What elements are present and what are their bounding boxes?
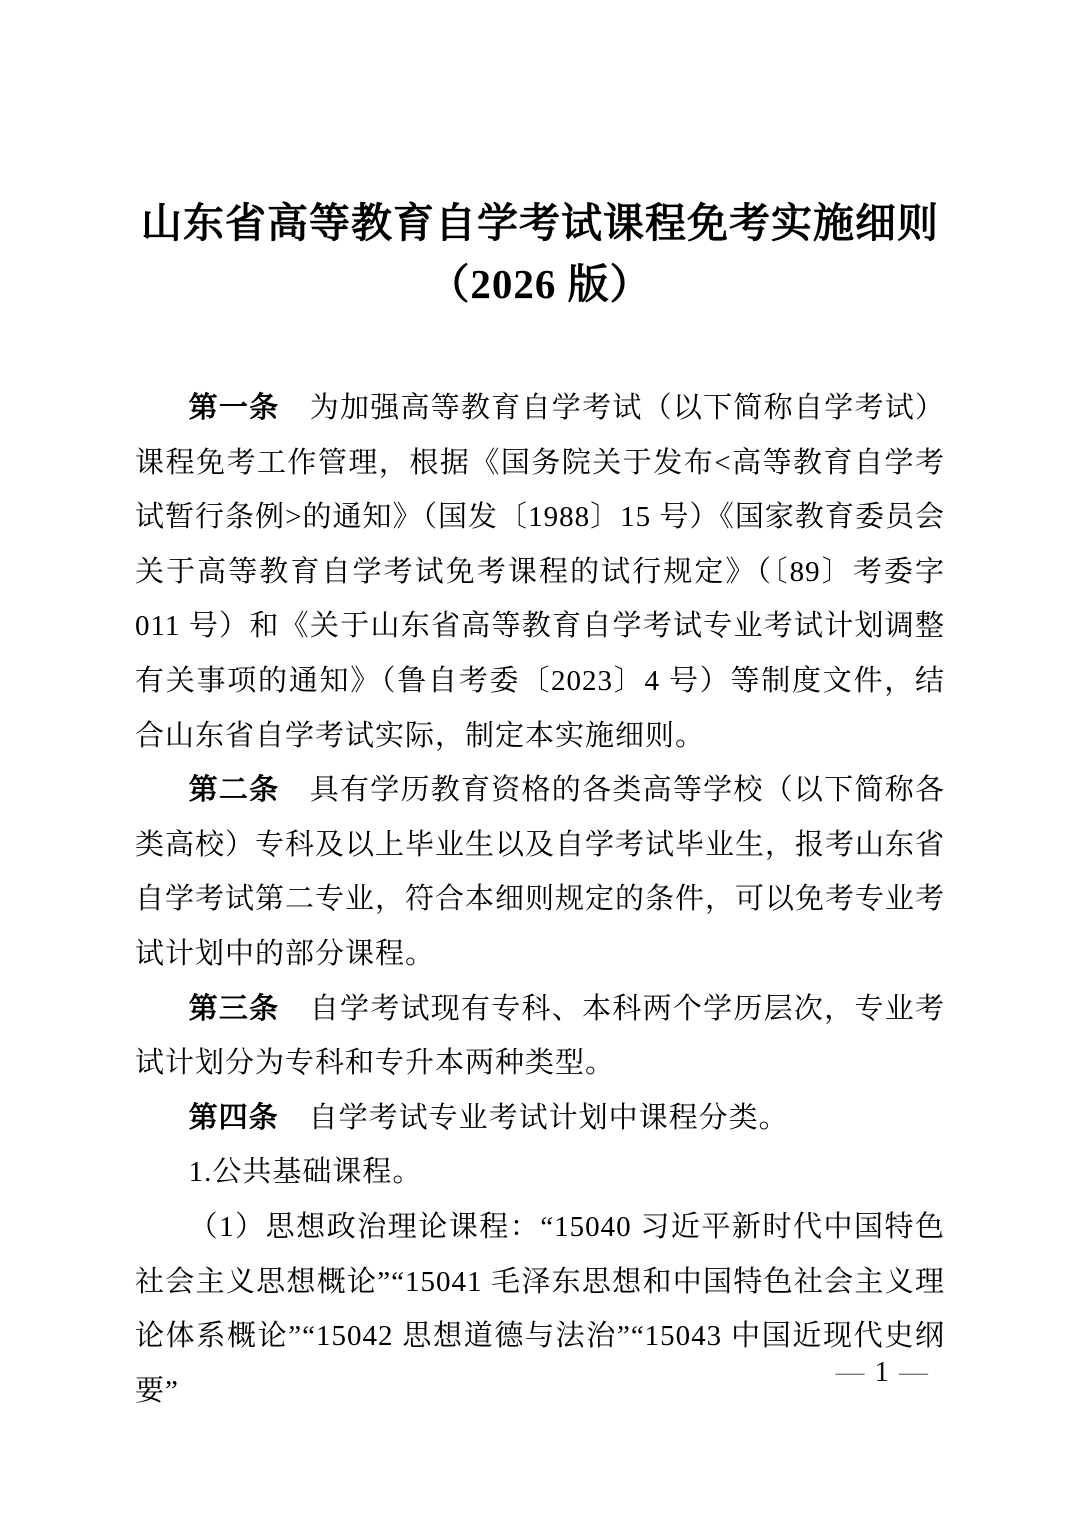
paragraph-list-item-1: 1.公共基础课程。 xyxy=(135,1145,945,1200)
page-number-dash-right: — xyxy=(899,1356,928,1388)
paragraph-article-3: 第三条 自学考试现有专科、本科两个学历层次，专业考试计划分为专科和专升本两种类型… xyxy=(135,982,945,1091)
paragraph-article-4: 第四条 自学考试专业考试计划中课程分类。 xyxy=(135,1091,945,1146)
document-page: 山东省高等教育自学考试课程免考实施细则 （2026 版） 第一条 为加强高等教育… xyxy=(0,0,1080,1527)
list-item-2-text: （1）思想政治理论课程：“15040 习近平新时代中国特色社会主义思想概论”“1… xyxy=(135,1211,945,1407)
page-title-line-2: （2026 版） xyxy=(135,254,945,315)
page-title: 山东省高等教育自学考试课程免考实施细则 （2026 版） xyxy=(135,193,945,315)
paragraph-list-item-2: （1）思想政治理论课程：“15040 习近平新时代中国特色社会主义思想概论”“1… xyxy=(135,1200,945,1418)
article-3-lead: 第三条 xyxy=(189,993,280,1025)
article-1-text: 为加强高等教育自学考试（以下简称自学考试）课程免考工作管理，根据《国务院关于发布… xyxy=(135,392,945,752)
paragraph-article-1: 第一条 为加强高等教育自学考试（以下简称自学考试）课程免考工作管理，根据《国务院… xyxy=(135,381,945,763)
document-body: 第一条 为加强高等教育自学考试（以下简称自学考试）课程免考工作管理，根据《国务院… xyxy=(135,381,945,1418)
page-number-dash-left: — xyxy=(836,1356,865,1388)
article-4-text: 自学考试专业考试计划中课程分类。 xyxy=(279,1102,789,1134)
list-item-1-text: 1.公共基础课程。 xyxy=(189,1156,423,1188)
paragraph-article-2: 第二条 具有学历教育资格的各类高等学校（以下简称各类高校）专科及以上毕业生以及自… xyxy=(135,763,945,981)
article-2-lead: 第二条 xyxy=(189,774,280,806)
page-number-value: 1 xyxy=(875,1356,890,1388)
article-4-lead: 第四条 xyxy=(189,1102,279,1134)
page-number: —1— xyxy=(836,1352,929,1392)
page-title-line-1: 山东省高等教育自学考试课程免考实施细则 xyxy=(135,193,945,254)
document-content: 山东省高等教育自学考试课程免考实施细则 （2026 版） 第一条 为加强高等教育… xyxy=(135,0,945,1418)
article-1-lead: 第一条 xyxy=(189,392,280,424)
